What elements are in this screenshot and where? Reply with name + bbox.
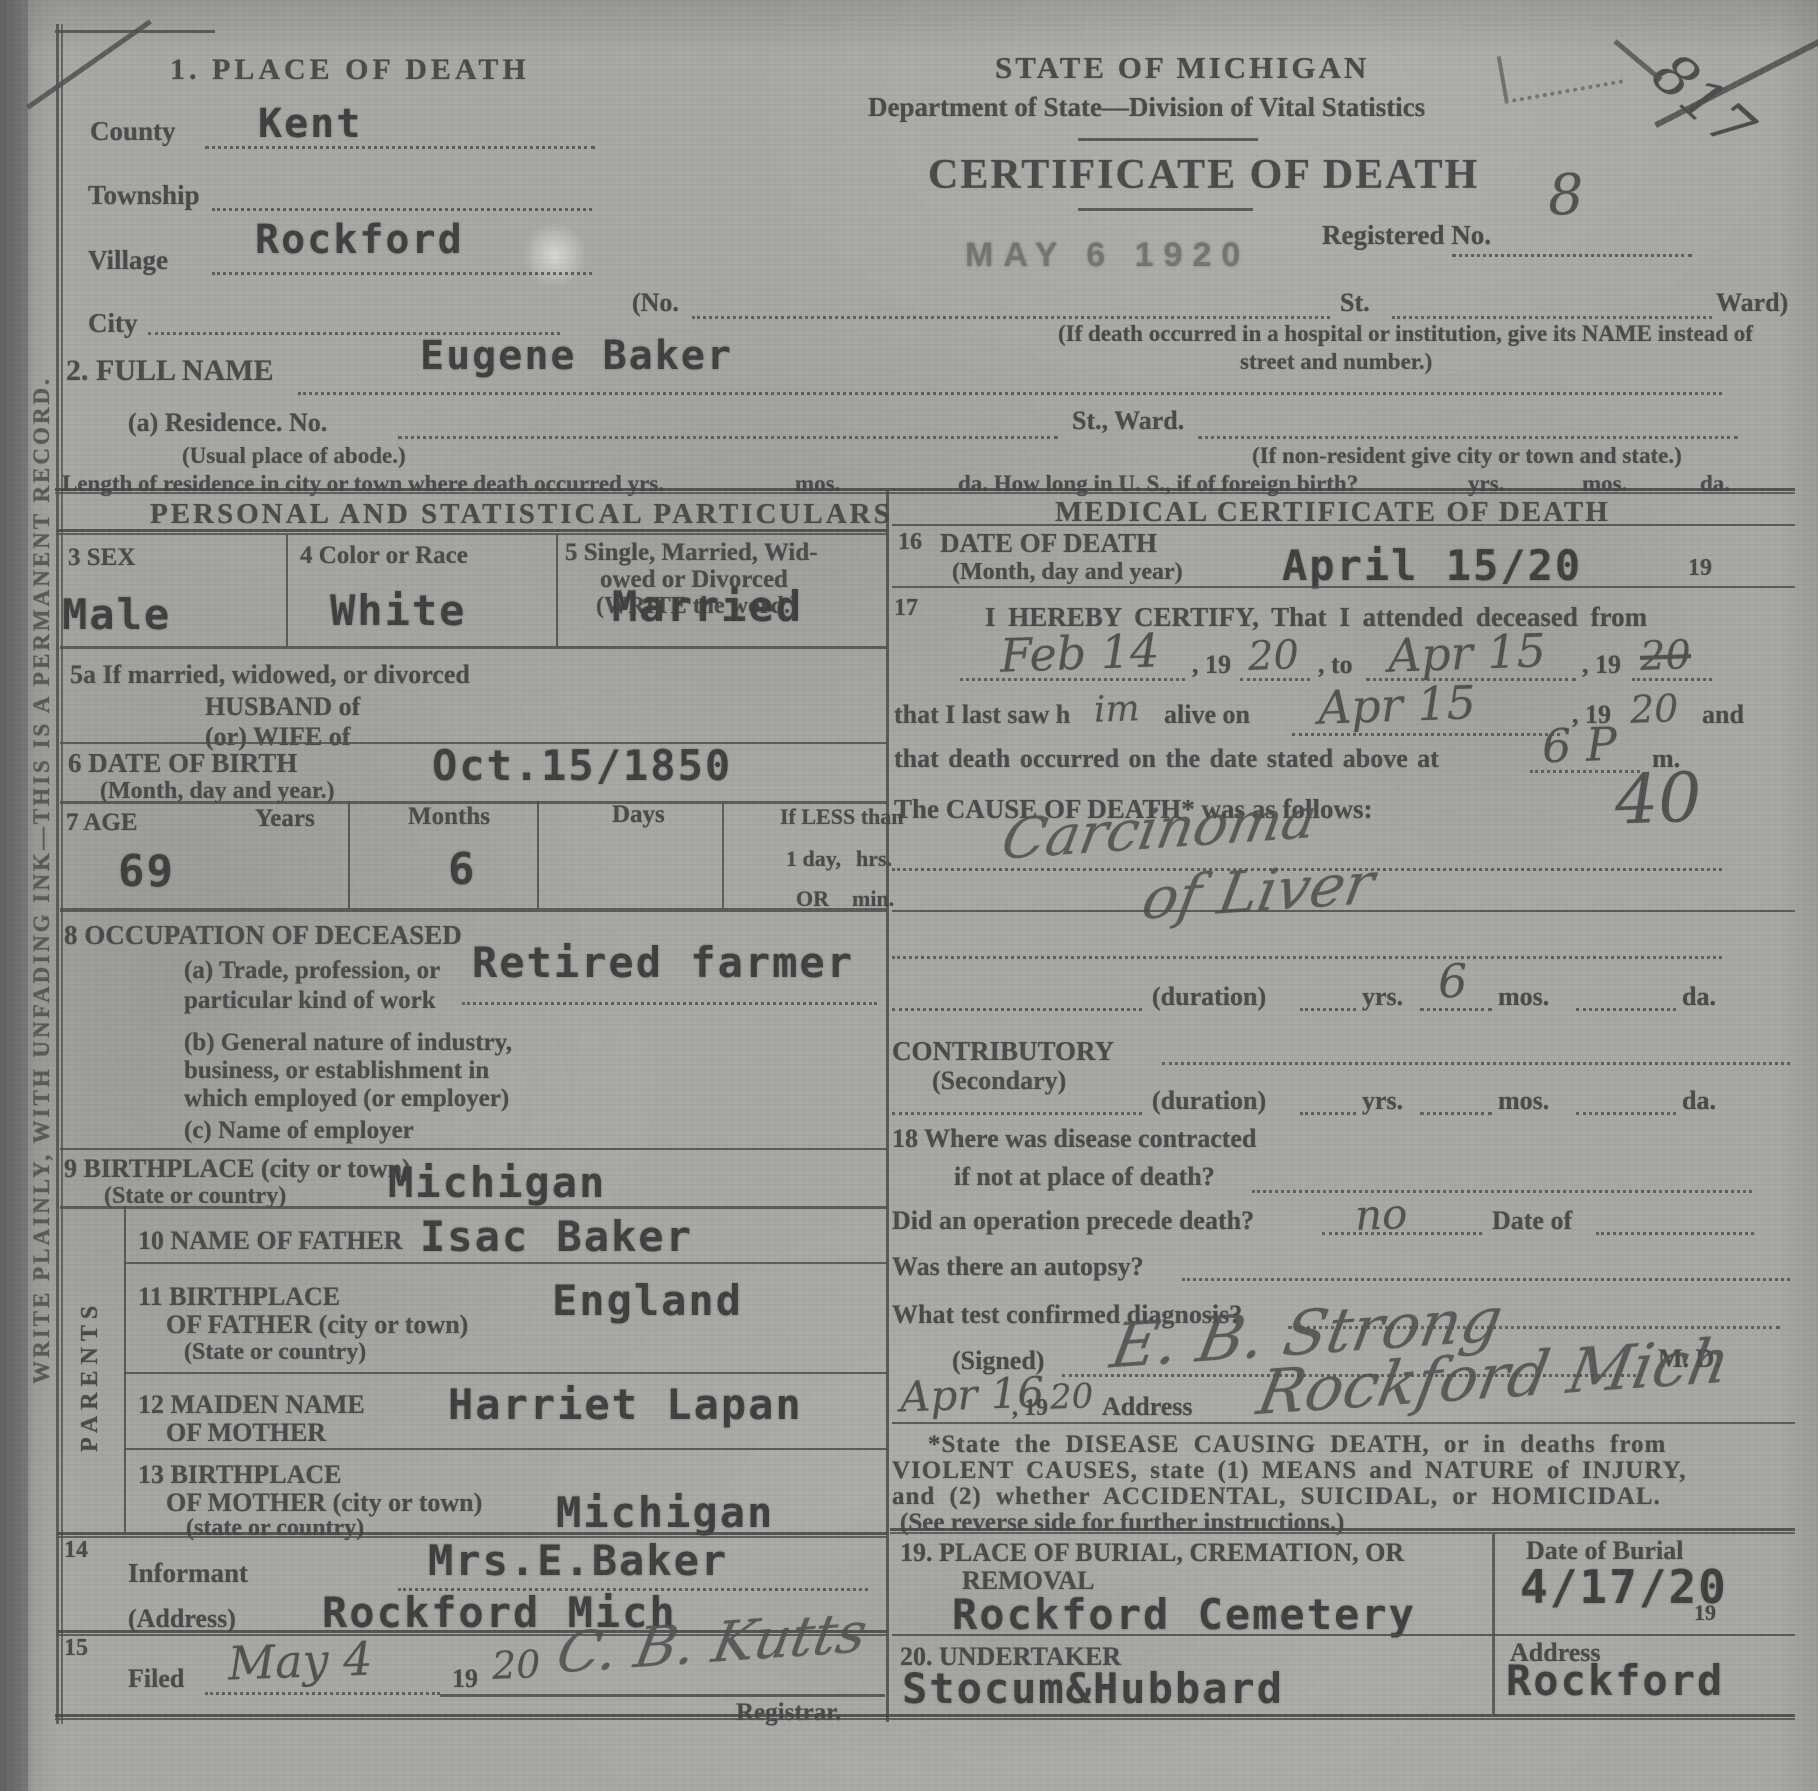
rule [60,908,887,912]
mother-name-label-line2: OF MOTHER [166,1420,326,1446]
informant-address-label: (Address) [128,1606,236,1632]
village-label: Village [88,247,168,274]
filed-date-value: May 4 [227,1635,373,1686]
contributory-sub-label: (Secondary) [932,1068,1066,1094]
last-saw-date: Apr 15 [1317,679,1476,730]
dob-label: 6 DATE OF BIRTH [68,750,297,777]
race-value: White [330,590,466,632]
dotted-line [1576,1112,1676,1115]
father-birthplace-value: England [552,1280,743,1322]
vertical-rule [537,801,539,908]
dotted-line [1596,1232,1754,1235]
attended-from-year: 20 [1247,635,1299,677]
dotted-line [398,436,1058,439]
informant-number: 14 [64,1538,88,1562]
dotted-line [205,1692,440,1695]
operation-answer-value: no [1354,1193,1408,1237]
registered-no-value: 8 [1547,167,1585,224]
occupation-b-line1: (b) General nature of industry, [184,1030,512,1055]
father-name-value: Isac Baker [420,1216,693,1258]
village-value: Rockford [255,220,464,260]
attended-to-year: 20 [1639,635,1691,677]
year-19-print: , 19 [1582,652,1621,678]
occupation-b-line2: business, or establishment in [184,1058,489,1083]
occupation-a-line1: (a) Trade, profession, or [184,958,440,983]
certificate-title: CERTIFICATE OF DEATH [928,154,1479,196]
rule [124,1448,887,1450]
rule [1078,208,1253,211]
violent-causes-note-line1: *State the DISEASE CAUSING DEATH, or in … [928,1432,1666,1457]
duration-label: (duration) [1152,984,1266,1010]
sex-value: Male [62,594,171,636]
rule [124,1262,887,1264]
vertical-rule [722,801,724,908]
father-birthplace-line1: 11 BIRTHPLACE [138,1284,340,1310]
hospital-note-line1: (If death occurred in a hospital or inst… [1058,322,1753,345]
st-ward-label: St., Ward. [1072,408,1184,434]
age-or-label: OR [796,888,829,910]
and-word: and [1702,702,1744,728]
abode-note: (Usual place of abode.) [182,444,406,467]
undertaker-value: Stocum&Hubbard [902,1668,1284,1710]
rule [892,1634,1795,1636]
dotted-line [1576,1008,1676,1011]
mother-name-value: Harriet Lapan [448,1384,803,1426]
filed-label: Filed [128,1666,184,1692]
duration2-yrs-label: yrs. [1362,1088,1403,1114]
father-birthplace-line2: OF FATHER (city or town) [166,1312,468,1338]
violent-causes-note-line2: VIOLENT CAUSES, state (1) MEANS and NATU… [892,1458,1687,1483]
burial-place-value: Rockford Cemetery [952,1594,1416,1636]
disease-contracted-line2: if not at place of death? [954,1164,1215,1190]
residence-label: (a) Residence. No. [128,410,327,436]
physician-address-label: Address [1102,1394,1193,1420]
dotted-line [692,316,1330,319]
age-months-header: Months [408,804,490,829]
age-less-than-line1: If LESS than [780,806,904,828]
husband-label-line1: 5a If married, widowed, or divorced [70,662,470,688]
occupation-value: Retired farmer [472,942,854,984]
cause-of-death-line2: of Liver [1138,854,1378,928]
dotted-line [1300,1008,1356,1011]
undertaker-address-value: Rockford [1506,1660,1724,1702]
filed-number: 15 [64,1636,88,1660]
disease-contracted-line1: 18 Where was disease contracted [892,1126,1256,1152]
dotted-line [892,1008,1142,1011]
rule [892,910,1795,912]
duration-mos-value: 6 [1437,958,1468,1005]
age-years-header: Years [255,806,315,831]
occupation-label: 8 OCCUPATION OF DECEASED [64,922,462,949]
form-bottom-border [55,1714,1795,1720]
year-19-print: , 19 [1192,652,1231,678]
dotted-line [1252,1190,1752,1193]
dotted-line [892,956,1722,959]
city-label: City [88,310,138,337]
no-paren-label: (No. [632,290,679,316]
duration2-mos-label: mos. [1498,1088,1549,1114]
last-saw-text-1: that I last saw h [894,702,1070,728]
date-of-death-sub: (Month, day and year) [952,560,1183,584]
date-of-death-number: 16 [898,530,922,554]
dotted-line [1300,1112,1356,1115]
dotted-line [892,1112,1142,1115]
occupation-a-line2: particular kind of work [184,988,436,1013]
date-of-death-label: DATE OF DEATH [940,530,1157,557]
age-months-value: 6 [448,848,477,892]
attended-to-date: Apr 15 [1387,627,1546,678]
dotted-line [1292,733,1560,736]
husband-label-line3: (or) WIFE of [205,724,350,750]
rule [60,1148,887,1150]
vertical-rule [1492,1534,1495,1714]
birthplace-value: Michigan [388,1162,606,1204]
dotted-line [1452,254,1692,257]
county-value: Kent [258,104,362,144]
duration-yrs-label: yrs. [1362,984,1403,1010]
age-hrs-label: hrs. [856,848,892,870]
death-hour-value: 6 P [1541,721,1617,770]
dotted-line [1632,678,1712,681]
ward-label: Ward) [1716,290,1788,316]
birthplace-sub-label: (State or country) [104,1184,286,1208]
vertical-rule [124,1206,126,1532]
duration-da-label: da. [1682,984,1716,1010]
age-years-value: 69 [118,850,175,894]
vertical-rule [348,801,350,908]
operation-date-label: Date of [1492,1208,1572,1234]
registrar-label: Registrar. [736,1700,841,1725]
dotted-line [205,146,595,149]
race-label: 4 Color or Race [300,543,468,568]
to-word: , to [1318,652,1353,678]
dotted-line [1182,1278,1790,1281]
rule [892,1422,1795,1424]
dotted-line [1420,1112,1492,1115]
personal-section-title: PERSONAL AND STATISTICAL PARTICULARS [150,500,893,529]
duration2-label: (duration) [1152,1088,1266,1114]
stain [520,220,590,290]
violent-causes-note-line3: and (2) whether ACCIDENTAL, SUICIDAL, or… [892,1484,1661,1509]
dotted-line [1392,316,1712,319]
dotted-line [1240,678,1310,681]
date-of-death-year-print: 19 [1688,556,1712,580]
marital-label-line1: 5 Single, Married, Wid- [565,540,818,565]
last-saw-hand-fill: im [1093,691,1140,729]
mother-birthplace-value: Michigan [556,1492,774,1534]
mother-birthplace-line1: 13 BIRTHPLACE [138,1462,342,1488]
dotted-line [1162,1062,1790,1065]
informant-label: Informant [128,1560,248,1587]
operation-question-label: Did an operation precede death? [892,1208,1254,1234]
last-saw-text-2: alive on [1164,702,1250,728]
nonresident-note: (If non-resident give city or town and s… [1252,444,1682,467]
dotted-line [1420,1008,1492,1011]
dotted-line [462,1002,877,1005]
attended-from-date: Feb 14 [999,627,1160,679]
burial-year-print: 19 [1694,1602,1716,1624]
rule [55,488,1795,494]
dotted-line [1198,436,1738,439]
full-name-label: 2. FULL NAME [66,356,274,386]
dotted-line [212,208,592,211]
age-days-header: Days [612,802,665,827]
dob-value: Oct.15/1850 [432,745,732,787]
cause-code-value: 40 [1614,765,1703,836]
full-name-value: Eugene Baker [420,336,733,376]
received-date-stamp: MAY 6 1920 [965,238,1250,272]
form-left-border [56,24,63,1724]
parents-side-label: PARENTS [78,1252,102,1452]
dotted-line [298,392,1722,395]
scan-edge-strip [0,0,28,1791]
age-min-label: min. [852,888,894,910]
death-certificate-scan: WRITE PLAINLY, WITH UNFADING INK—THIS IS… [0,0,1818,1791]
burial-label-line1: 19. PLACE OF BURIAL, CREMATION, OR [900,1540,1404,1566]
age-label: 7 AGE [66,810,138,835]
vertical-rule [556,535,558,646]
dotted-line [960,678,1185,681]
marital-value: Married [612,586,803,628]
sign-year-value: 20 [1049,1379,1093,1414]
rule [1078,138,1258,141]
rule [892,586,1795,588]
rule [60,646,887,649]
vertical-rule [286,535,288,646]
duration2-da-label: da. [1682,1088,1716,1114]
rule [60,1206,887,1209]
medical-section-title: MEDICAL CERTIFICATE OF DEATH [1055,498,1610,527]
sex-label: 3 SEX [68,545,135,570]
filed-year-print: 19 [452,1666,478,1692]
registered-no-label: Registered No. [1322,222,1491,249]
filed-year-value: 20 [491,1645,541,1685]
father-name-label: 10 NAME OF FATHER [138,1228,403,1254]
township-label: Township [88,182,200,209]
county-label: County [90,118,176,145]
birthplace-label: 9 BIRTHPLACE (city or town) [64,1156,411,1182]
place-of-death-title: 1. PLACE OF DEATH [170,55,530,85]
department-title: Department of State—Division of Vital St… [868,94,1425,121]
year-19-print: , 19 [1012,1396,1048,1420]
autopsy-question-label: Was there an autopsy? [892,1254,1144,1280]
death-occurred-text: that death occurred on the date stated a… [894,746,1439,772]
age-less-than-line2: 1 day, [786,848,841,870]
rule [890,1528,1795,1534]
contributory-label: CONTRIBUTORY [892,1038,1114,1065]
dotted-line [212,272,592,275]
father-birthplace-line3: (State or country) [184,1340,366,1364]
occupation-b-line3: which employed (or employer) [184,1086,509,1111]
occupation-c-label: (c) Name of employer [184,1118,414,1143]
mother-birthplace-line2: OF MOTHER (city or town) [166,1490,482,1516]
state-title: STATE OF MICHIGAN [995,52,1369,83]
rule [124,1372,887,1374]
last-saw-year: 20 [1629,689,1679,729]
rule [440,1694,885,1697]
hospital-note-line2: street and number.) [1240,350,1432,373]
st-label: St. [1340,290,1370,316]
duration-mos-label: mos. [1498,984,1549,1010]
husband-label-line2: HUSBAND of [205,694,360,720]
informant-name-value: Mrs.E.Baker [428,1540,728,1582]
dob-sub-label: (Month, day and year.) [100,779,334,803]
margin-permanent-record-note: WRITE PLAINLY, WITH UNFADING INK—THIS IS… [30,200,53,1560]
certify-number: 17 [894,596,918,620]
mother-name-label-line1: 12 MAIDEN NAME [138,1392,365,1418]
date-of-death-value: April 15/20 [1282,545,1582,587]
pen-mark [1497,36,1624,104]
